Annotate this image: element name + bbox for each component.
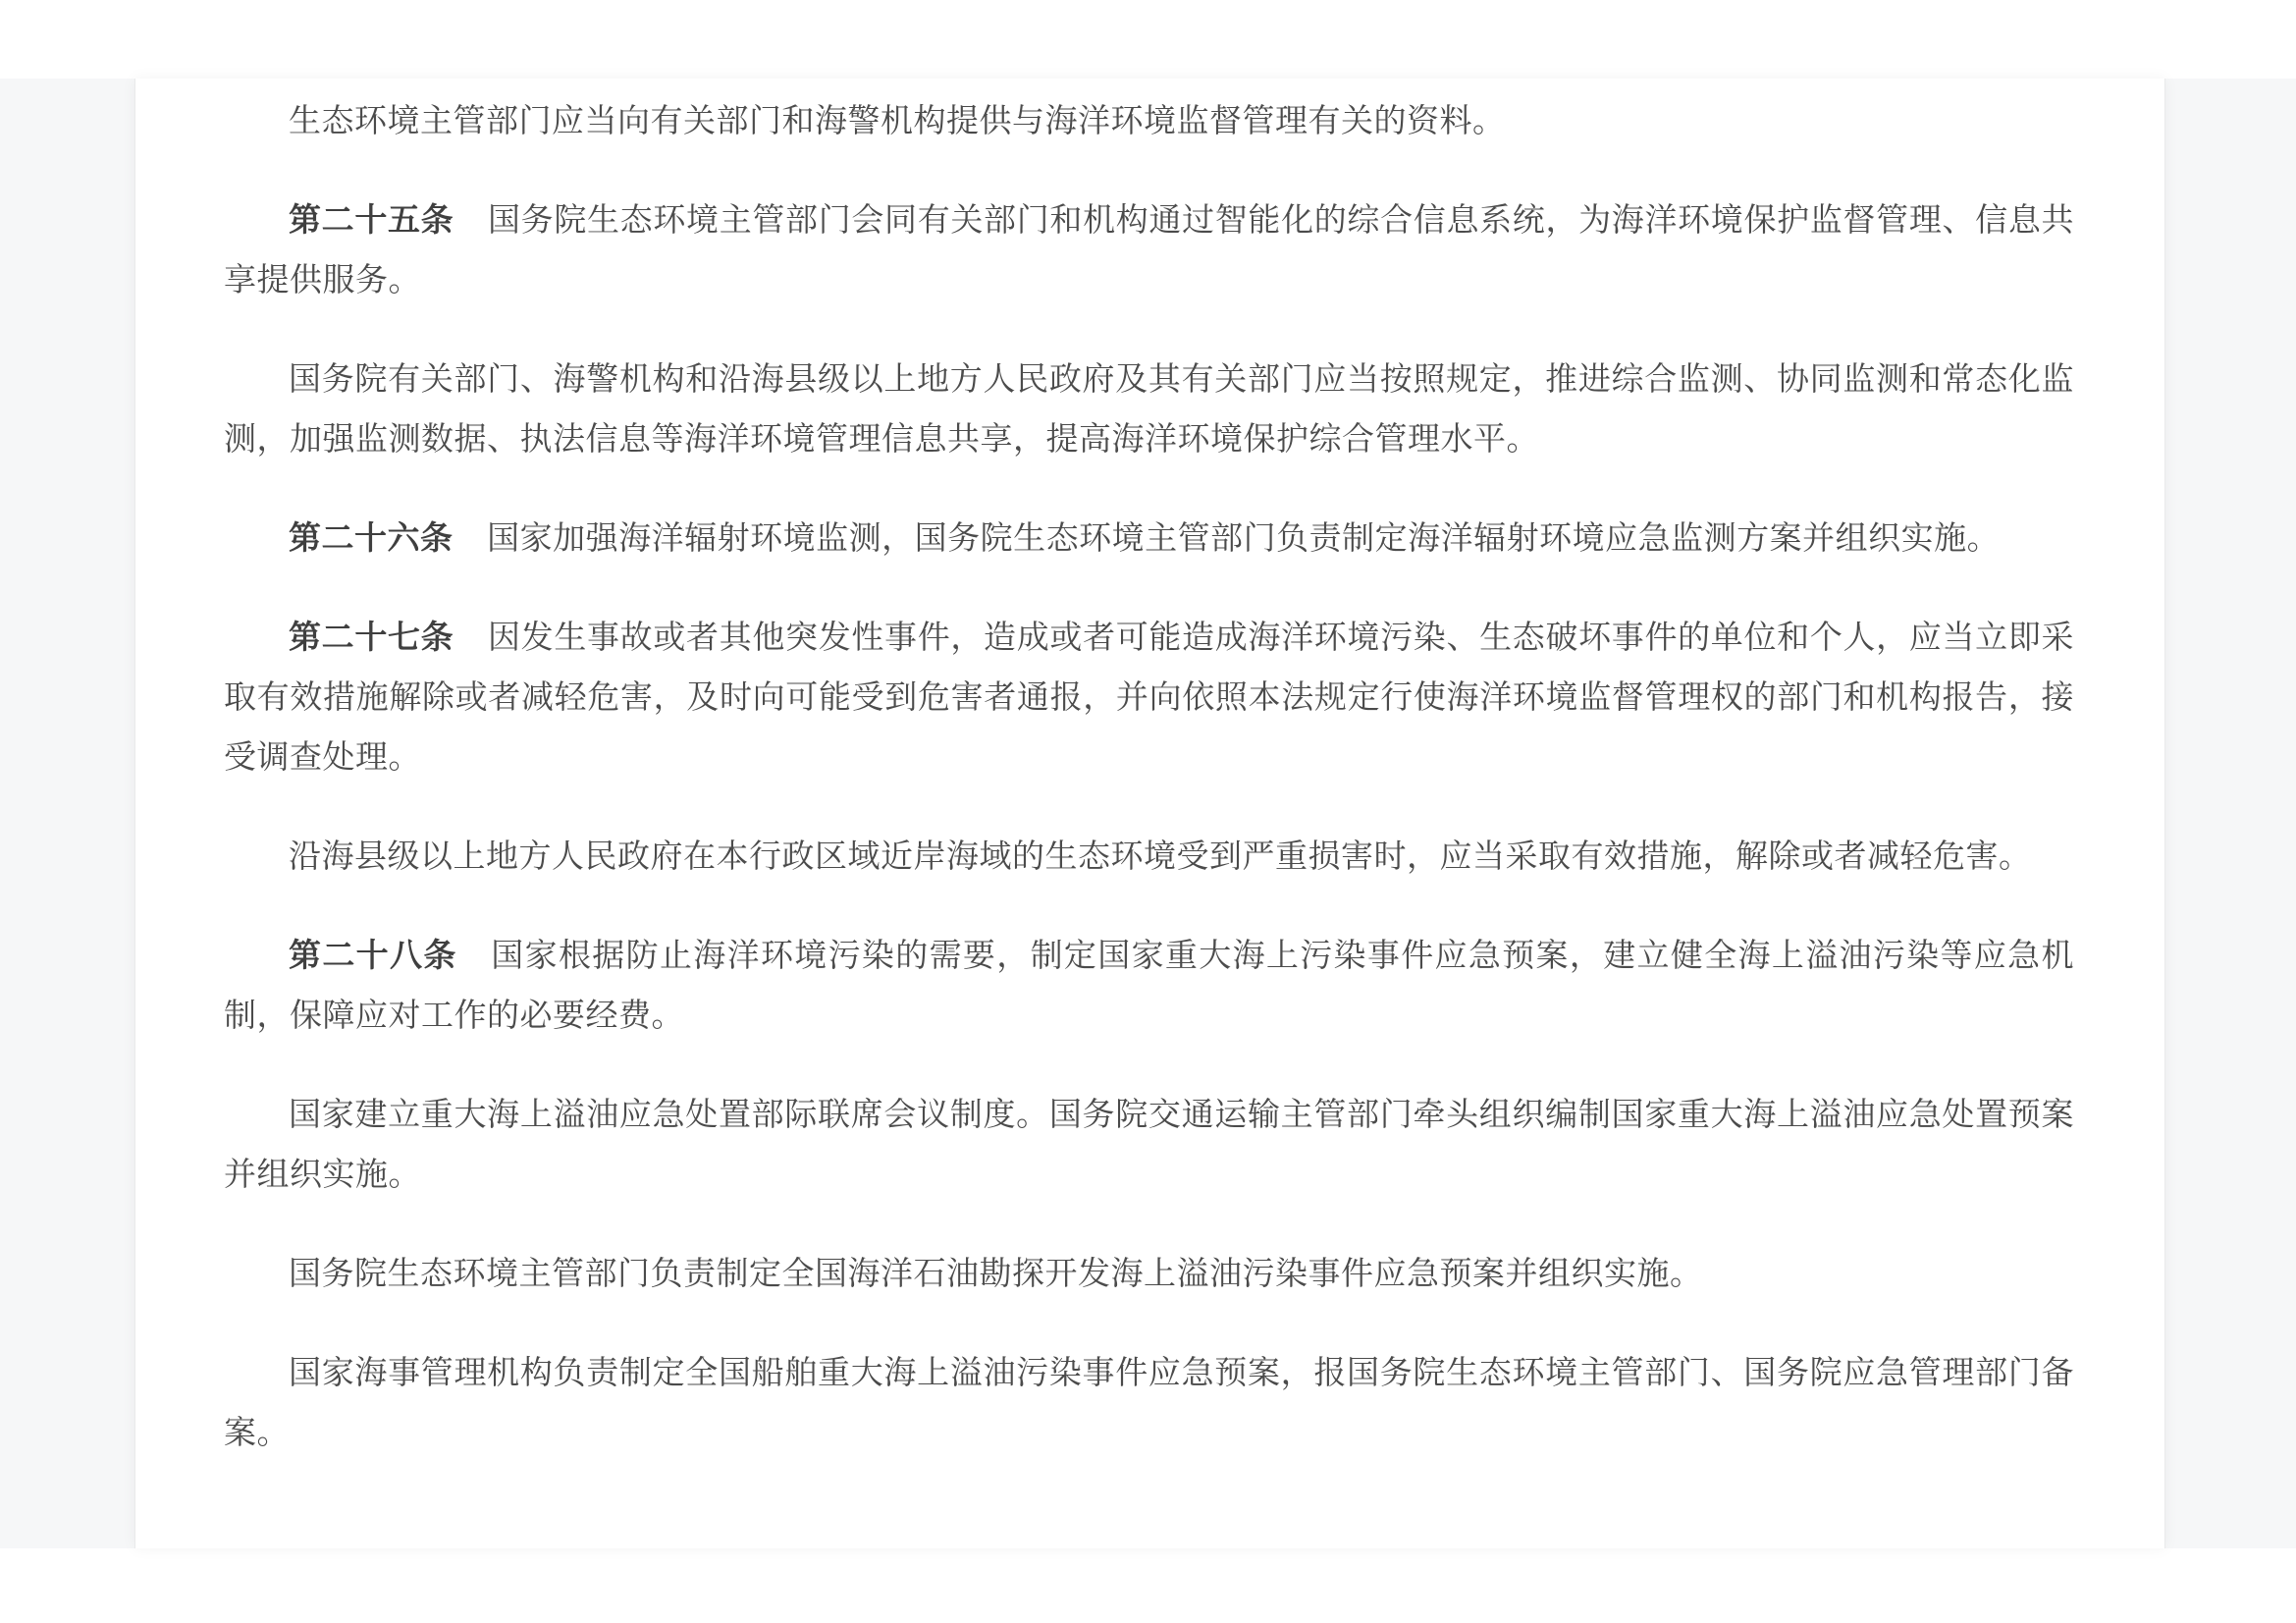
article-content: 生态环境主管部门应当向有关部门和海警机构提供与海洋环境监督管理有关的资料。 第二… bbox=[135, 79, 2164, 1462]
article-number: 第二十七条 bbox=[289, 619, 454, 655]
viewer-background: 生态环境主管部门应当向有关部门和海警机构提供与海洋环境监督管理有关的资料。 第二… bbox=[0, 79, 2296, 1548]
law-paragraph: 国家建立重大海上溢油应急处置部际联席会议制度。国务院交通运输主管部门牵头组织编制… bbox=[224, 1084, 2074, 1204]
law-paragraph: 国家海事管理机构负责制定全国船舶重大海上溢油污染事件应急预案，报国务院生态环境主… bbox=[224, 1342, 2074, 1462]
paragraph-text: 国务院生态环境主管部门会同有关部门和机构通过智能化的综合信息系统，为海洋环境保护… bbox=[224, 201, 2074, 298]
paragraph-text: 国家加强海洋辐射环境监测，国务院生态环境主管部门负责制定海洋辐射环境应急监测方案… bbox=[487, 519, 2000, 556]
paragraph-text: 国家根据防止海洋环境污染的需要，制定国家重大海上污染事件应急预案，建立健全海上溢… bbox=[224, 937, 2074, 1033]
law-paragraph: 第二十五条国务院生态环境主管部门会同有关部门和机构通过智能化的综合信息系统，为海… bbox=[224, 189, 2074, 309]
paragraph-text: 国务院生态环境主管部门负责制定全国海洋石油勘探开发海上溢油污染事件应急预案并组织… bbox=[289, 1255, 1703, 1291]
law-paragraph: 第二十七条因发生事故或者其他突发性事件，造成或者可能造成海洋环境污染、生态破坏事… bbox=[224, 607, 2074, 786]
law-paragraph: 第二十六条国家加强海洋辐射环境监测，国务院生态环境主管部门负责制定海洋辐射环境应… bbox=[224, 508, 2074, 568]
article-number: 第二十八条 bbox=[289, 937, 457, 973]
paragraph-text: 国家建立重大海上溢油应急处置部际联席会议制度。国务院交通运输主管部门牵头组织编制… bbox=[224, 1096, 2074, 1192]
law-paragraph: 沿海县级以上地方人民政府在本行政区域近岸海域的生态环境受到严重损害时，应当采取有… bbox=[224, 826, 2074, 886]
paragraph-text: 因发生事故或者其他突发性事件，造成或者可能造成海洋环境污染、生态破坏事件的单位和… bbox=[224, 619, 2074, 775]
law-paragraph: 国务院有关部门、海警机构和沿海县级以上地方人民政府及其有关部门应当按照规定，推进… bbox=[224, 349, 2074, 468]
article-number: 第二十六条 bbox=[289, 519, 454, 556]
law-paragraph: 生态环境主管部门应当向有关部门和海警机构提供与海洋环境监督管理有关的资料。 bbox=[224, 90, 2074, 150]
article-number: 第二十五条 bbox=[289, 201, 454, 238]
paragraph-text: 生态环境主管部门应当向有关部门和海警机构提供与海洋环境监督管理有关的资料。 bbox=[289, 102, 1506, 138]
law-paragraph: 国务院生态环境主管部门负责制定全国海洋石油勘探开发海上溢油污染事件应急预案并组织… bbox=[224, 1243, 2074, 1303]
paragraph-text: 国务院有关部门、海警机构和沿海县级以上地方人民政府及其有关部门应当按照规定，推进… bbox=[224, 360, 2074, 457]
paragraph-text: 沿海县级以上地方人民政府在本行政区域近岸海域的生态环境受到严重损害时，应当采取有… bbox=[289, 838, 2032, 874]
law-paragraph: 第二十八条国家根据防止海洋环境污染的需要，制定国家重大海上污染事件应急预案，建立… bbox=[224, 925, 2074, 1045]
paragraph-text: 国家海事管理机构负责制定全国船舶重大海上溢油污染事件应急预案，报国务院生态环境主… bbox=[224, 1354, 2074, 1450]
law-article-card: 生态环境主管部门应当向有关部门和海警机构提供与海洋环境监督管理有关的资料。 第二… bbox=[134, 79, 2165, 1548]
